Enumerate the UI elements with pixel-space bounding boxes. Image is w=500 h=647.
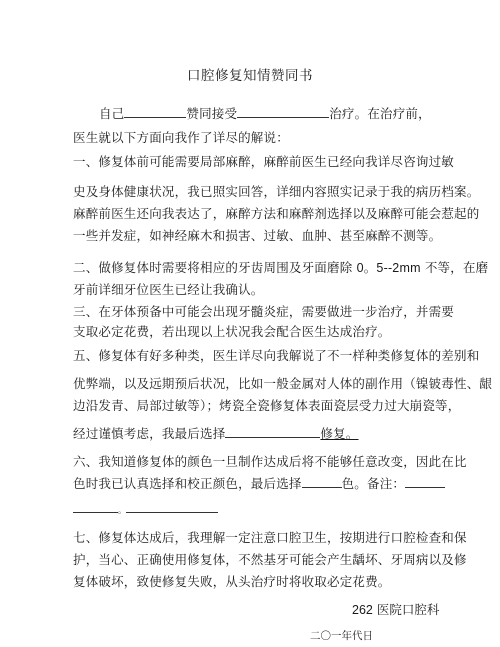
color-blank[interactable] (302, 475, 342, 488)
treatment-blank[interactable] (237, 105, 329, 118)
remarks-blank-continued[interactable] (73, 500, 118, 513)
grinding-amount: 0。5--2mm (357, 261, 421, 275)
section-6-line-2: 色时我已认真选择和校正颜色，最后选择色。备注： (73, 474, 445, 492)
section-5-choice-line: 经过谨慎考虑，我最后选择修复。 (73, 424, 359, 442)
intro-line-2: 医生就以下方面向我作了详尽的解说： (73, 128, 289, 146)
choice-prefix: 经过谨慎考虑，我最后选择 (73, 426, 225, 441)
hospital-department: 医院口腔科 (377, 602, 440, 617)
remarks-blank[interactable] (405, 475, 445, 488)
section-2-line-2: 牙前详细牙位医生已经让我确认。 (73, 280, 264, 298)
section-6-line-3: 。 (73, 500, 218, 516)
hospital-number: 262 (352, 603, 373, 617)
section-1-line-2: 史及身体健康状况，我已照实回答，详细内容照实记录于我的病历档案。 (73, 182, 479, 200)
remarks-blank-end[interactable] (126, 500, 218, 513)
section-2-line-1: 二、做修复体时需要将相应的牙齿周围及牙面磨除 0。5--2mm 不等，在磨 (73, 258, 488, 276)
section-2-text: 二、做修复体时需要将相应的牙齿周围及牙面磨除 (73, 260, 357, 275)
choice-suffix: 修复。 (320, 426, 358, 441)
section-6-line-1: 六、我知道修复体的颜色一旦制作达成后将不能够任意改变，因此在比 (73, 452, 467, 470)
section-1-line-3: 麻醉前医生还向我表达了，麻醉方法和麻醉剂选择以及麻醉可能会惹起的 (73, 204, 479, 222)
section-3-line-1: 三、在牙体预备中可能会出现牙髓炎症，需要做进一步治疗，并需要 (73, 302, 454, 320)
remarks-label: 色。备注： (342, 476, 406, 491)
section-7-line-2: 护，当心、正确使用修复体，不然基牙可能会产生龋坏、牙周病以及修 (73, 550, 467, 568)
color-prefix: 色时我已认真选择和校正颜色，最后选择 (73, 476, 302, 491)
section-2-text-end: 不等，在磨 (421, 260, 489, 275)
hospital-signature: 262 医院口腔科 (352, 600, 439, 618)
section-5-line-1: 五、修复体有好多种类，医生详尽向我解说了不一样种类修复体的差别和 (73, 346, 479, 364)
section-7-line-1: 七、修复体达成后，我理解一定注意口腔卫生，按期进行口腔检查和保 (73, 528, 467, 546)
section-3-line-2: 支取必定花费，若出现以上状况我会配合医生达成治疗。 (73, 322, 391, 340)
intro-prefix: 自己 (99, 106, 124, 121)
section-5-line-2: 优弊端，以及远期预后状况，比如一般金属对人体的副作用（镍铍毒性、龈 (73, 374, 492, 392)
intro-line-1: 自己赞同接受治疗。在治疗前， (99, 104, 431, 122)
intro-middle: 赞同接受 (186, 106, 237, 121)
section-7-line-3: 复体破坏，致使修复失败，从头治疗时将收取必定花费。 (73, 572, 391, 590)
patient-name-blank[interactable] (124, 105, 186, 118)
restoration-type-blank[interactable] (225, 425, 320, 438)
section-1-line-1: 一、修复体前可能需要局部麻醉，麻醉前医生已经向我详尽咨询过敏 (73, 152, 454, 170)
document-title: 口腔修复知情赞同书 (0, 64, 500, 84)
document-date: 二〇一年代日 (310, 628, 373, 643)
section-1-line-4: 一些并发症，如神经麻木和损害、过敏、血肿、甚至麻醉不测等。 (73, 226, 441, 244)
section-5-line-3: 边沿发青、局部过敏等）；烤瓷全瓷修复体表面瓷层受力过大崩瓷等， (73, 396, 460, 414)
intro-suffix: 治疗。在治疗前， (329, 106, 431, 121)
period-mark: 。 (118, 506, 126, 515)
